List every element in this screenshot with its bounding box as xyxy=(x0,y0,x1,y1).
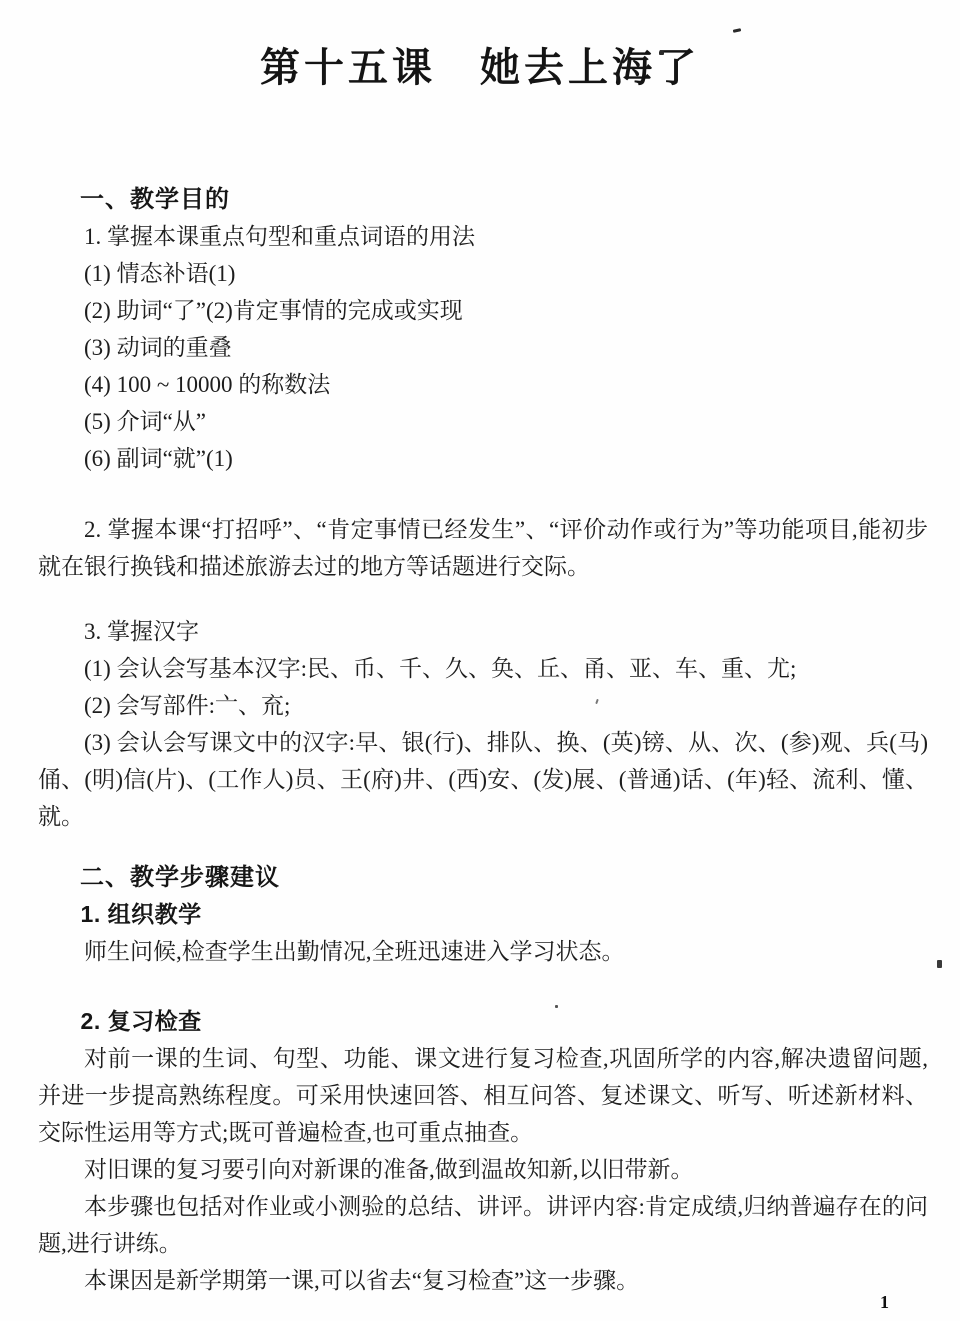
objective-subitem-1: (1) 情态补语(1) xyxy=(38,255,928,292)
step-1-text: 师生问候,检查学生出勤情况,全班迅速进入学习状态。 xyxy=(38,933,928,970)
lesson-title: 第十五课 她去上海了 xyxy=(0,0,960,94)
step-2-paragraph-4: 本课因是新学期第一课,可以省去“复习检查”这一步骤。 xyxy=(38,1262,928,1299)
objective-subitem-6: (6) 副词“就”(1) xyxy=(38,440,928,477)
hanzi-item-2: (2) 会写部件:亠、㐬; xyxy=(38,687,928,724)
objective-subitem-5: (5) 介词“从” xyxy=(38,403,928,440)
scan-speck xyxy=(659,51,664,55)
scanned-textbook-page: 第十五课 她去上海了 一、教学目的 1. 掌握本课重点句型和重点词语的用法 (1… xyxy=(0,0,960,1321)
objective-subitem-4: (4) 100 ~ 10000 的称数法 xyxy=(38,366,928,403)
section-heading-objectives: 一、教学目的 xyxy=(38,181,928,218)
page-number: 1 xyxy=(880,1292,889,1313)
hanzi-item-1: (1) 会认会写基本汉字:民、币、千、久、奂、丘、甬、亚、车、重、尤; xyxy=(38,650,928,687)
section-heading-steps: 二、教学步骤建议 xyxy=(38,859,928,896)
step-1-heading: 1. 组织教学 xyxy=(38,896,928,933)
scan-speck xyxy=(937,960,942,968)
objective-subitem-3: (3) 动词的重叠 xyxy=(38,329,928,366)
objective-item-2: 2. 掌握本课“打招呼”、“肯定事情已经发生”、“评价动作或行为”等功能项目,能… xyxy=(38,511,928,585)
objective-item-1: 1. 掌握本课重点句型和重点词语的用法 xyxy=(38,218,928,255)
step-2-paragraph-2: 对旧课的复习要引向对新课的准备,做到温故知新,以旧带新。 xyxy=(38,1151,928,1188)
step-2-paragraph-1: 对前一课的生词、句型、功能、课文进行复习检查,巩固所学的内容,解决遗留问题,并进… xyxy=(38,1040,928,1151)
hanzi-item-3: (3) 会认会写课文中的汉字:早、银(行)、排队、换、(英)镑、从、次、(参)观… xyxy=(38,724,928,835)
objective-item-3: 3. 掌握汉字 xyxy=(38,613,928,650)
step-2-heading: 2. 复习检查 xyxy=(38,1003,928,1040)
step-2-paragraph-3: 本步骤也包括对作业或小测验的总结、讲评。讲评内容:肯定成绩,归纳普遍存在的问题,… xyxy=(38,1188,928,1262)
scan-speck xyxy=(555,1005,558,1008)
objective-subitem-2: (2) 助词“了”(2)肯定事情的完成或实现 xyxy=(38,292,928,329)
page-content: 一、教学目的 1. 掌握本课重点句型和重点词语的用法 (1) 情态补语(1) (… xyxy=(0,181,960,1299)
